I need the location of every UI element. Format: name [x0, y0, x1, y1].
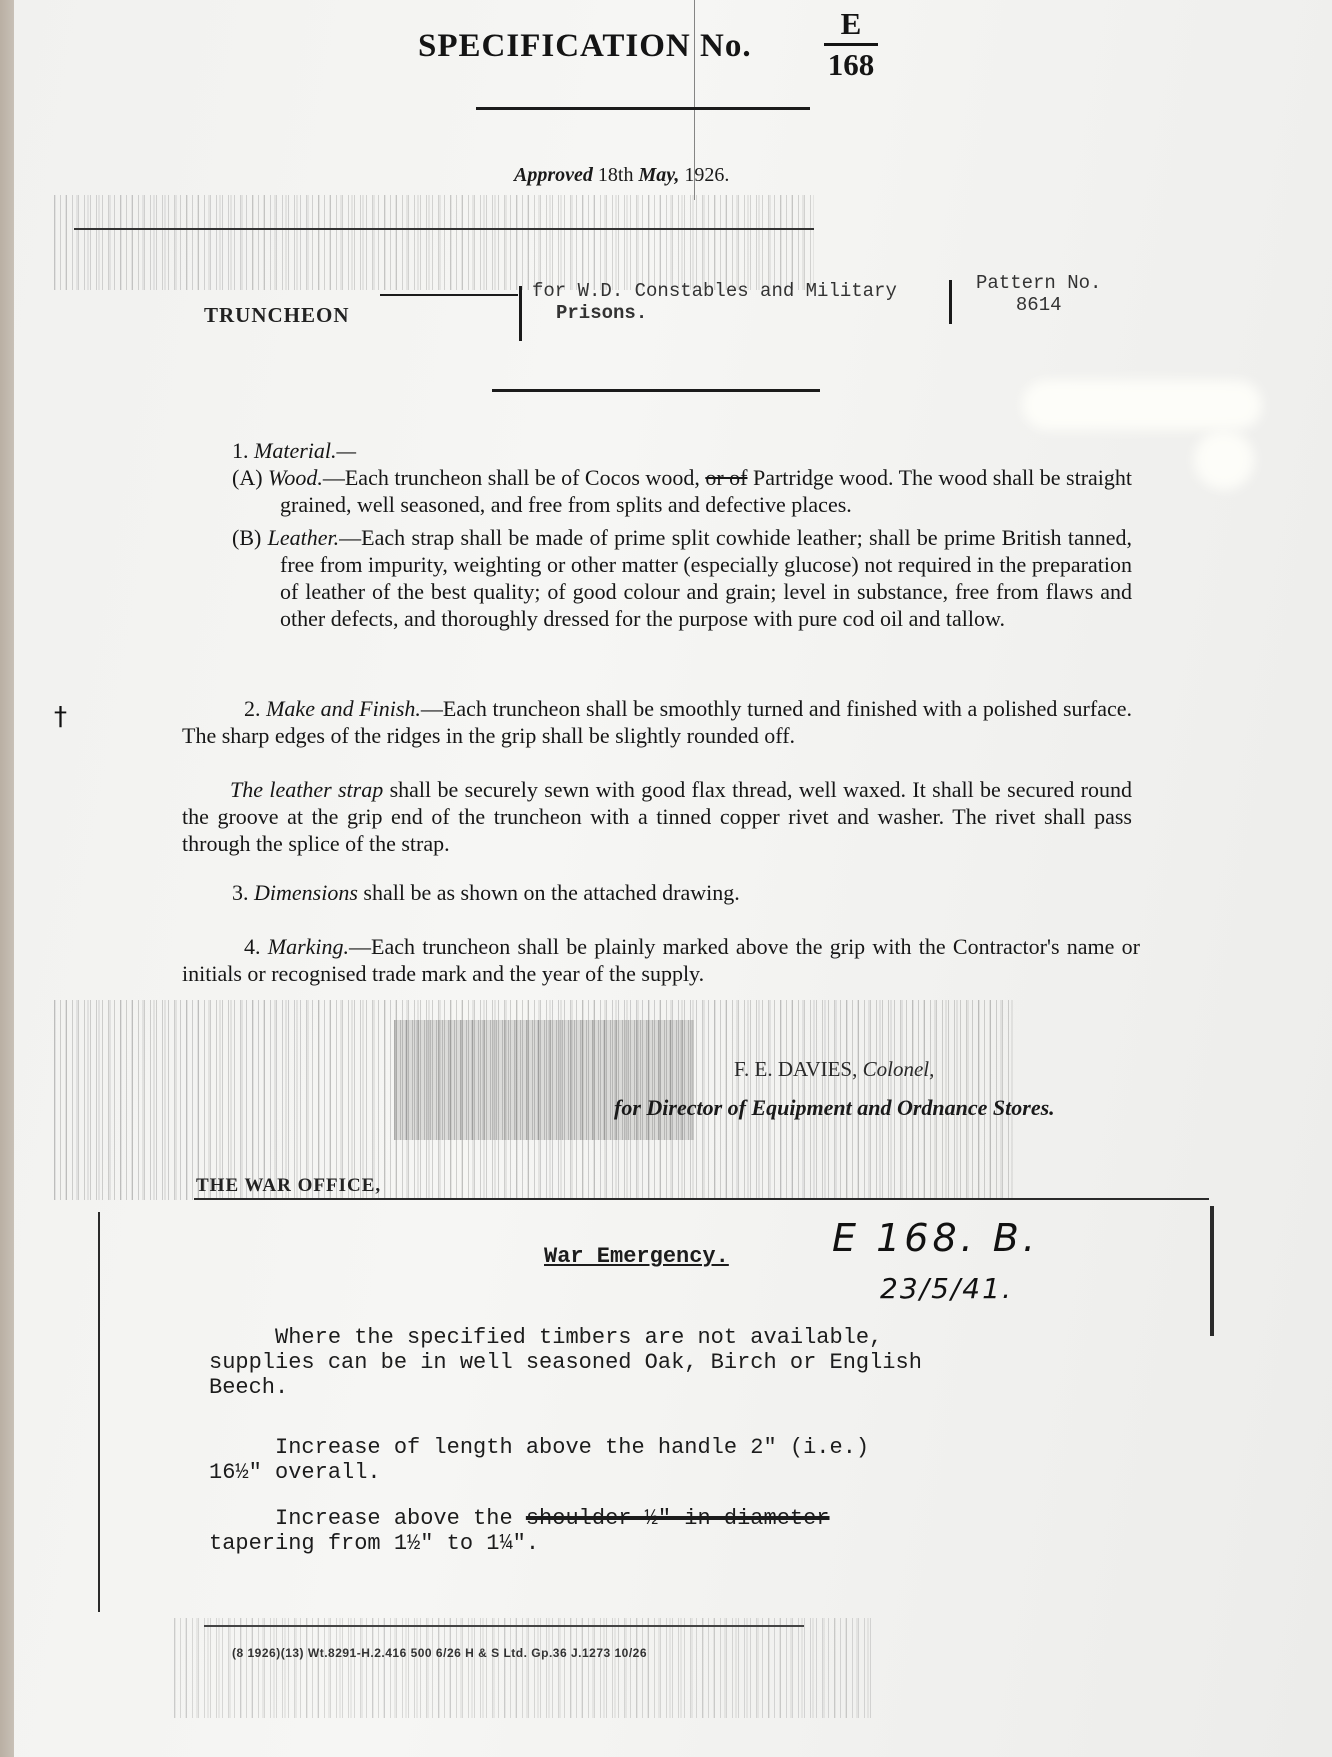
amendment-box-top	[194, 1198, 1209, 1200]
section-dimensions: 3. Dimensions shall be as shown on the a…	[232, 879, 1132, 906]
amendment-para-taper: Increase above the shoulder ½" in diamet…	[209, 1506, 830, 1556]
subsection-title: Wood.	[268, 465, 323, 490]
section-number: 3.	[232, 880, 249, 905]
subsection-leather: (B) Leather.—Each strap shall be made of…	[232, 524, 1132, 632]
section-rule	[492, 389, 820, 392]
subsection-title: Leather.	[268, 525, 340, 550]
section-heading: Marking.	[268, 934, 349, 959]
photocopy-noise	[174, 1618, 874, 1718]
section-material: 1. Material.— (A) Wood.—Each truncheon s…	[232, 437, 1132, 632]
item-usage-line1: for W.D. Constables and Military	[532, 280, 897, 302]
spec-number: E 168	[822, 6, 880, 83]
section-heading: Make and Finish.	[266, 696, 421, 721]
pattern-number: Pattern No. 8614	[976, 272, 1101, 316]
amendment-para-timbers: Where the specified timbers are not avai…	[209, 1325, 922, 1400]
document-sheet: SPECIFICATION No. E 168 Approved 18th Ma…	[14, 0, 1332, 1757]
title-rule	[476, 107, 810, 110]
section-heading: Material.—	[254, 438, 356, 463]
header-rule	[74, 228, 814, 230]
footer-rule	[204, 1625, 804, 1627]
section-text: shall be as shown on the attached drawin…	[363, 880, 739, 905]
section-heading: Dimensions	[254, 880, 358, 905]
amendment-box-right	[1210, 1206, 1214, 1336]
item-divider	[380, 294, 518, 296]
item-usage-line2: Prisons.	[532, 302, 897, 324]
section-marking: 4. Marking.—Each truncheon shall be plai…	[182, 933, 1140, 987]
subsection-text: —Each strap shall be made of prime split…	[280, 525, 1132, 631]
pattern-label: Pattern No.	[976, 272, 1101, 294]
approved-label: Approved	[514, 164, 593, 186]
amendment-heading: War Emergency.	[544, 1244, 729, 1269]
punch-mark-icon: †	[54, 702, 67, 732]
subsection-label: (A)	[232, 465, 263, 490]
amendment-para-length: Increase of length above the handle 2" (…	[209, 1435, 869, 1485]
approval-date: Approved 18th May, 1926.	[514, 164, 729, 187]
section-subheading: The leather strap	[230, 777, 383, 802]
section-number: 1.	[232, 438, 249, 463]
photocopy-noise	[54, 195, 814, 290]
signatory-rank: Colonel,	[863, 1057, 935, 1081]
amendment-text: Increase above the	[209, 1506, 513, 1531]
fraction-bar	[824, 43, 878, 46]
approved-month: May,	[638, 164, 679, 186]
signatory: F. E. DAVIES, Colonel,	[734, 1057, 934, 1082]
section-strap: The leather strap shall be securely sewn…	[182, 776, 1132, 857]
issuer: THE WAR OFFICE,	[196, 1175, 381, 1197]
subsection-text: —Each truncheon shall be of Cocos wood,	[323, 465, 700, 490]
glue-residue	[1194, 430, 1254, 490]
section-number: 4.	[244, 934, 261, 959]
item-usage: for W.D. Constables and Military Prisons…	[532, 280, 897, 324]
struck-text: or of	[705, 465, 747, 490]
subsection-wood: (A) Wood.—Each truncheon shall be of Coc…	[232, 464, 1132, 518]
spec-number-value: 168	[822, 47, 880, 83]
signatory-name: F. E. DAVIES,	[734, 1057, 857, 1081]
printer-imprint: (8 1926)(13) Wt.8291-H.2.416 500 6/26 H …	[232, 1646, 647, 1660]
struck-text: shoulder ½" in diameter	[526, 1506, 830, 1531]
amendment-box-left	[98, 1212, 100, 1612]
photocopy-smudge	[394, 1020, 694, 1140]
spec-title: SPECIFICATION No.	[418, 28, 752, 65]
approved-day: 18th	[598, 164, 634, 186]
pattern-value: 8614	[976, 294, 1101, 316]
approved-year: 1926.	[684, 164, 729, 186]
spec-number-series: E	[822, 6, 880, 42]
subsection-label: (B)	[232, 525, 261, 550]
section-make-finish: 2. Make and Finish.—Each truncheon shall…	[182, 695, 1132, 749]
column-divider-left	[519, 286, 522, 341]
section-number: 2.	[244, 696, 261, 721]
signatory-office: for Director of Equipment and Ordnance S…	[614, 1095, 1055, 1121]
amendment-text: tapering from 1½" to 1¼".	[209, 1531, 539, 1556]
handwritten-reference: E 168. B.	[832, 1216, 1039, 1260]
item-name: TRUNCHEON	[204, 303, 350, 328]
column-divider-right	[949, 280, 952, 324]
glue-residue	[1022, 380, 1262, 430]
handwritten-date: 23/5/41.	[880, 1272, 1013, 1305]
